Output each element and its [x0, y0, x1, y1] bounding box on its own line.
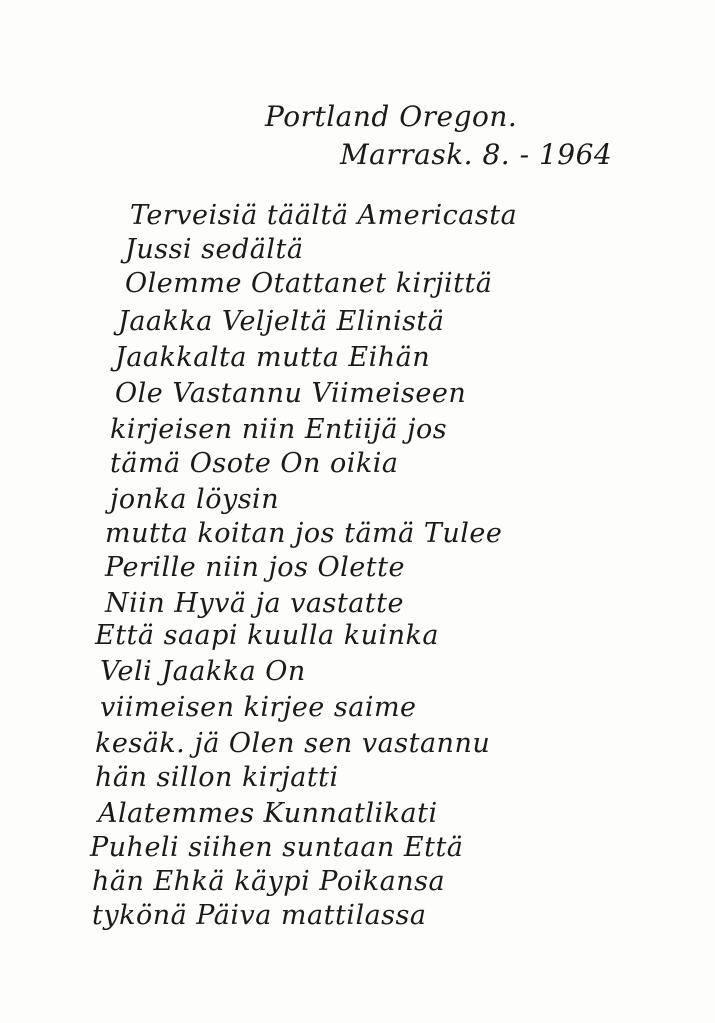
letter-line: Terveisiä täältä Americasta [130, 200, 517, 231]
letter-line: mutta koitan jos tämä Tulee [105, 518, 502, 549]
letter-line: Että saapi kuulla kuinka [95, 620, 439, 651]
letter-line: viimeisen kirjee saime [100, 692, 417, 723]
letter-date: Marrask. 8. - 1964 [340, 138, 612, 171]
letter-line: hän sillon kirjatti [95, 762, 339, 793]
letter-place: Portland Oregon. [265, 100, 517, 133]
letter-line: Niin Hyvä ja vastatte [105, 588, 404, 619]
letter-line: Veli Jaakka On [100, 656, 306, 687]
letter-line: kesäk. jä Olen sen vastannu [95, 728, 490, 759]
letter-line: Jaakkalta mutta Eihän [115, 342, 430, 373]
letter-line: Jussi sedältä [125, 234, 303, 265]
handwritten-letter-page: Portland Oregon. Marrask. 8. - 1964 Terv… [0, 0, 715, 1023]
letter-line: Alatemmes Kunnatlikati [98, 798, 438, 829]
letter-line: Puheli siihen suntaan Että [90, 832, 463, 863]
letter-line: Perille niin jos Olette [105, 552, 405, 583]
letter-line: hän Ehkä käypi Poikansa [92, 866, 445, 897]
letter-line: kirjeisen niin Entiijä jos [110, 414, 447, 445]
letter-line: jonka löysin [110, 484, 279, 515]
letter-line: tykönä Päiva mattilassa [92, 900, 427, 931]
letter-line: Jaakka Veljeltä Elinistä [118, 306, 444, 337]
letter-line: tämä Osote On oikia [110, 448, 398, 479]
letter-line: Olemme Otattanet kirjittä [125, 268, 492, 299]
letter-line: Ole Vastannu Viimeiseen [115, 378, 466, 409]
